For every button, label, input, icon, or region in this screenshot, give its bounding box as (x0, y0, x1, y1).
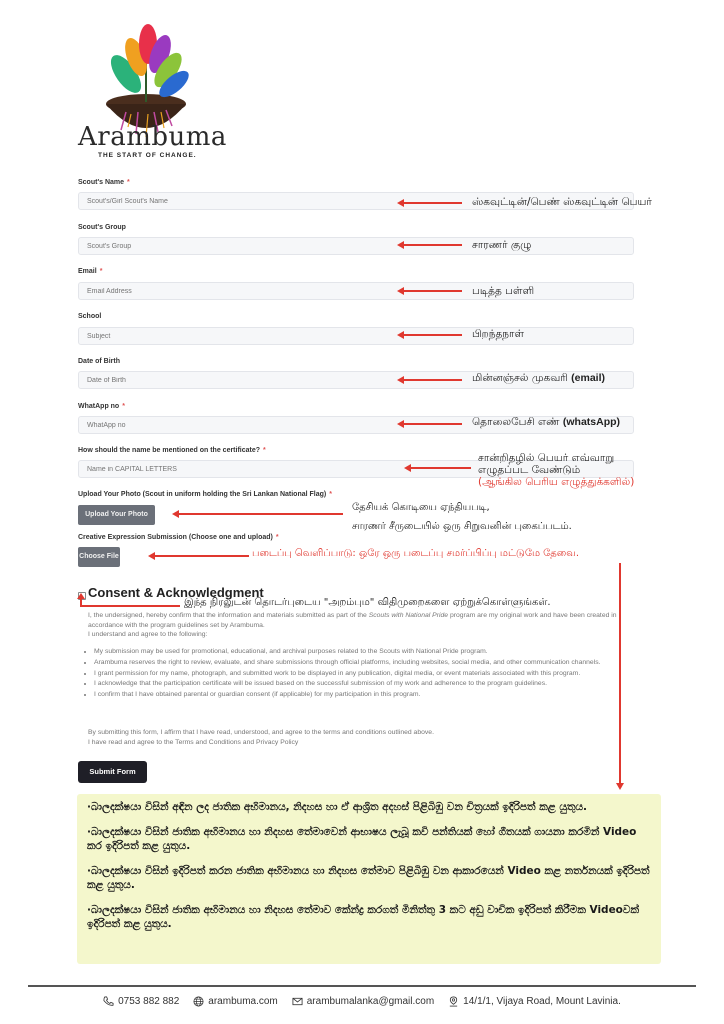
certificate-name-label: How should the name be mentioned on the … (78, 447, 266, 454)
phone-icon (103, 996, 114, 1007)
location-pin-icon (448, 996, 459, 1007)
sinhala-instructions-box: ·බාලදක්ෂයා විසින් අඳින ලද ජාතික අභිමානය,… (77, 794, 661, 964)
annotation-arrow (409, 467, 471, 469)
list-item: I grant permission for my name, photogra… (94, 669, 664, 679)
annotation-arrow (402, 202, 462, 204)
footer-phone: 0753 882 882 (103, 996, 179, 1007)
annotation-arrow (153, 555, 249, 557)
mail-icon (292, 996, 303, 1007)
upload-photo-label: Upload Your Photo (Scout in uniform hold… (78, 491, 332, 498)
annotation-consent: இந்த நிரலுடன் தொடர்புடைய "அறம்பும" விதிம… (184, 597, 551, 609)
scout-group-input[interactable] (78, 237, 634, 255)
annotation-creative: படைப்பு வெளிப்பாடு: ஒரே ஒரு படைப்பு சமர்… (252, 548, 579, 560)
list-item: I acknowledge that the participation cer… (94, 679, 664, 689)
dob-label: Date of Birth (78, 358, 120, 365)
consent-intro: I, the undersigned, hereby confirm that … (88, 611, 650, 640)
annotation-email: படித்த பள்ளி (472, 285, 534, 298)
consent-terms-list: My submission may be used for promotiona… (82, 647, 664, 701)
whatsapp-label: WhatApp no* (78, 403, 125, 410)
annotation-arrow (402, 334, 462, 336)
footer-address: 14/1/1, Vijaya Road, Mount Lavinia. (448, 996, 621, 1007)
footer-contact: 0753 882 882 arambuma.com arambumalanka@… (0, 996, 724, 1007)
annotation-photo: தேசியக் கொடியை ஏந்தியபடி, சாரணர் சீருடைய… (352, 498, 572, 536)
annotation-scout-group: சாரணர் குழு (472, 239, 531, 252)
arrow-up-icon (77, 593, 85, 599)
list-item: My submission may be used for promotiona… (94, 647, 664, 657)
scout-name-label: Scout's Name* (78, 179, 130, 186)
email-label: Email* (78, 268, 102, 275)
annotation-arrow (402, 423, 462, 425)
creative-submission-label: Creative Expression Submission (Choose o… (78, 534, 279, 541)
footer-divider (28, 985, 696, 987)
scout-group-label: Scout's Group (78, 224, 126, 231)
annotation-scout-name: ஸ்கவுட்டின்/பெண் ஸ்கவுட்டின் பெயர் (472, 196, 652, 209)
instruction-item: ·බාලදක්ෂයා විසින් ජාතික අභිමානය හා නිදහස… (87, 825, 651, 853)
instruction-item: ·බාලදක්ෂයා විසින් අඳින ලද ජාතික අභිමානය,… (87, 800, 651, 814)
footer-website[interactable]: arambuma.com (193, 996, 277, 1007)
email-input[interactable] (78, 282, 634, 300)
list-item: Arambuma reserves the right to review, e… (94, 658, 664, 668)
annotation-arrow (80, 605, 180, 607)
footer-email[interactable]: arambumalanka@gmail.com (292, 996, 434, 1007)
annotation-arrow (402, 244, 462, 246)
consent-closing: By submitting this form, I affirm that I… (88, 728, 650, 747)
instruction-item: ·බාලදක්ෂයා විසින් ජාතික අභිමානය හා නිදහස… (87, 903, 651, 931)
upload-photo-button[interactable]: Upload Your Photo (78, 505, 155, 525)
choose-file-button[interactable]: Choose File (78, 547, 120, 567)
submit-form-button[interactable]: Submit Form (78, 761, 147, 783)
arrow-down-icon (616, 783, 624, 790)
annotation-arrow (402, 290, 462, 292)
brand-name: Arambuma (78, 122, 227, 152)
school-input[interactable] (78, 327, 634, 345)
instruction-item: ·බාලදක්ෂයා විසින් ඉදිරිපත් කරන ජාතික අභි… (87, 864, 651, 892)
annotation-school: பிறந்தநாள் (472, 328, 524, 341)
annotation-whatsapp: தொலைபேசி எண் (whatsApp) (472, 416, 620, 429)
school-label: School (78, 313, 101, 320)
brand-tagline: THE START OF CHANGE. (98, 152, 197, 159)
list-item: I confirm that I have obtained parental … (94, 690, 664, 700)
annotation-arrow (177, 513, 343, 515)
globe-icon (193, 996, 204, 1007)
annotation-arrow (402, 379, 462, 381)
annotation-dob: மின்னஞ்சல் முகவரி (email) (472, 372, 605, 385)
annotation-certificate: சான்றிதழில் பெயர் எவ்வாறு எழுதப்பட வேண்ட… (478, 452, 634, 488)
